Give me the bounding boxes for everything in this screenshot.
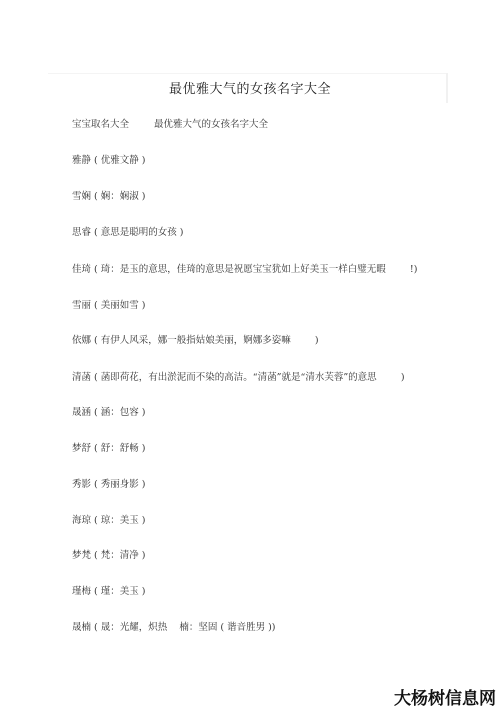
subtitle-label: 最优雅大气的女孩名字大全 (154, 119, 268, 130)
name-entry: 海琼 ( 琼：美玉 ) (72, 512, 145, 526)
document-title: 最优雅大气的女孩名字大全 (0, 78, 500, 97)
name-entry: 佳琦 ( 琦：是玉的意思，佳琦的意思是祝愿宝宝犹如上好美玉一样白璧无暇 !) (72, 261, 417, 275)
name-entry: 雅静 ( 优雅文静 ) (72, 152, 145, 166)
name-entry: 清菡 ( 菡即荷花，有出淤泥而不染的高洁。“清菡”就是“清水芙蓉”的意思 ) (72, 369, 405, 383)
name-entry: 依娜 ( 有伊人风采，娜一般指姑娘美丽，婀娜多姿嘛 ) (72, 332, 319, 346)
name-entry: 秀影 ( 秀丽身影 ) (72, 476, 145, 490)
site-watermark: 大杨树信息网 (394, 684, 496, 708)
name-entry: 梦舒 ( 舒：舒畅 ) (72, 440, 145, 454)
name-entry: 晟涵 ( 涵：包容 ) (72, 404, 145, 418)
name-entry: 雪娴 ( 娴：娴淑 ) (72, 188, 145, 202)
name-entry: 思睿 ( 意思是聪明的女孩 ) (72, 224, 183, 238)
name-entry: 晟楠 ( 晟：光耀，炽热 楠：坚固 ( 谐音胜男 )) (72, 619, 276, 633)
subtitle-row: 宝宝取名大全 最优雅大气的女孩名字大全 (72, 116, 268, 130)
name-entry: 瑾梅 ( 瑾：美玉 ) (72, 583, 145, 597)
name-entry: 梦梵 ( 梵：清净 ) (72, 547, 145, 561)
name-entry: 雪丽 ( 美丽如雪 ) (72, 297, 145, 311)
category-label: 宝宝取名大全 (72, 119, 129, 130)
page-edge-divider (48, 73, 446, 74)
